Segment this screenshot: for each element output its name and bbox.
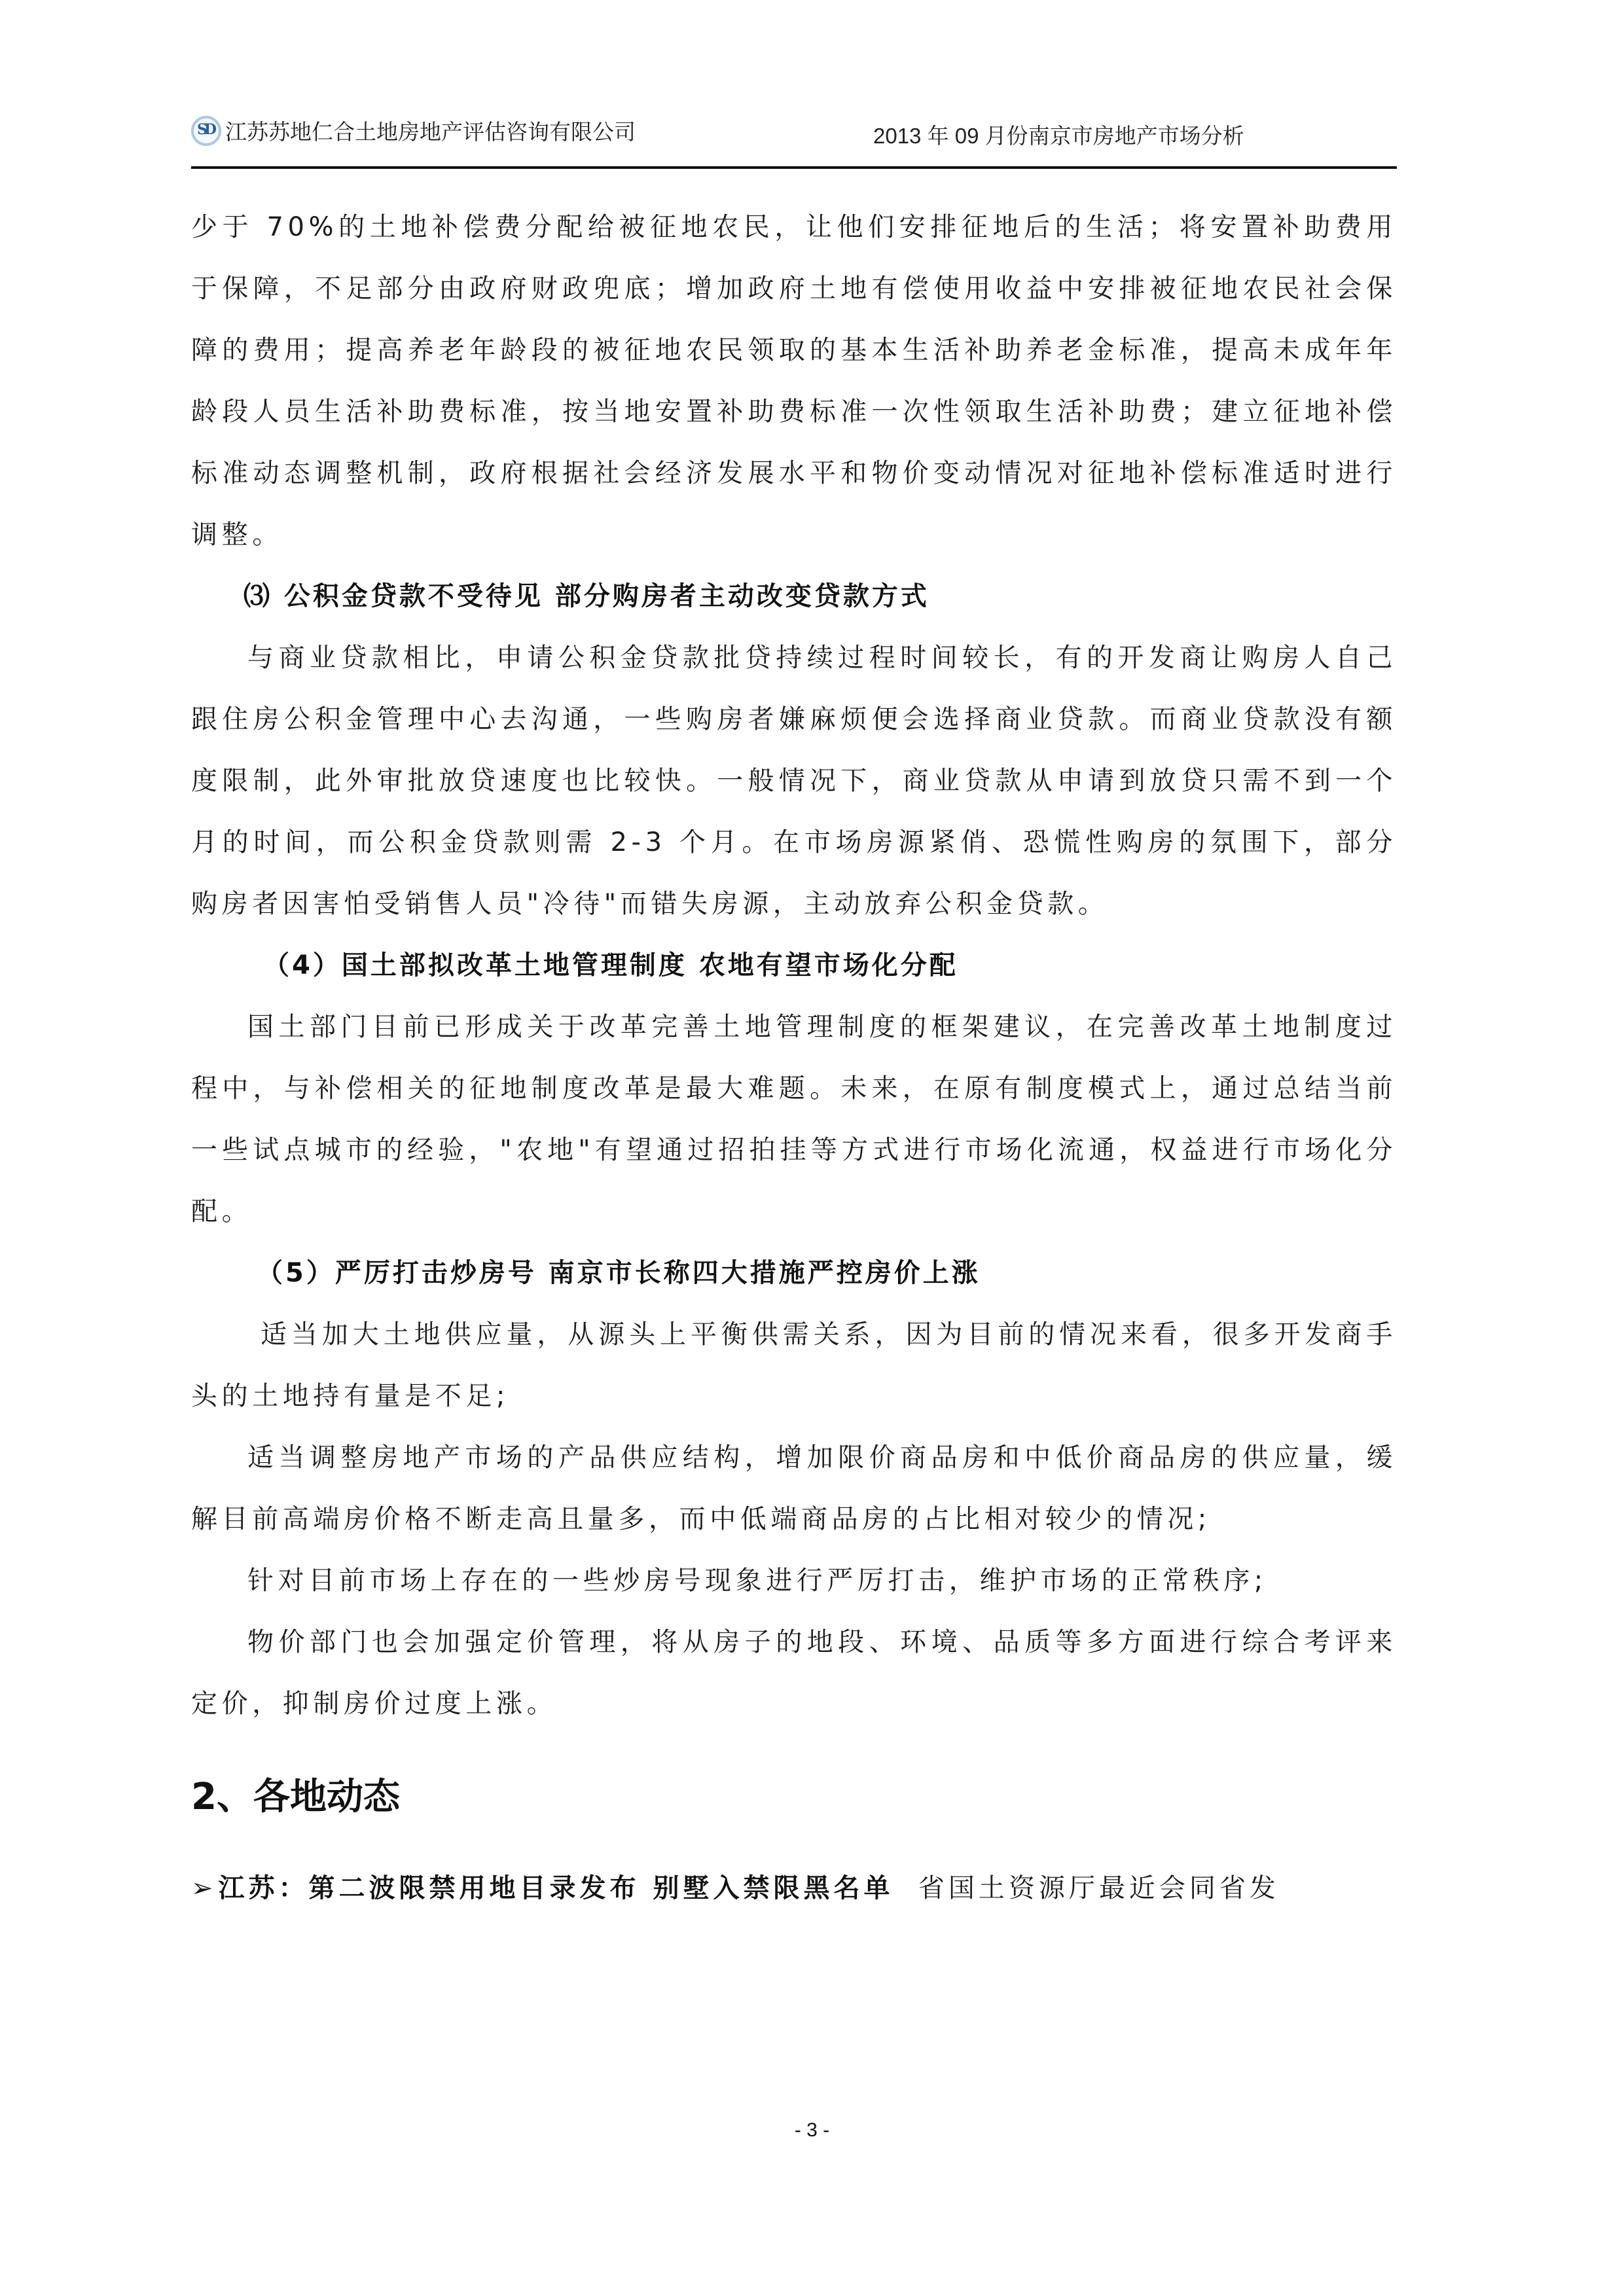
- paragraph-measure-1: 适当加大土地供应量，从源头上平衡供需关系，因为目前的情况来看，很多开发商手头的土…: [191, 1304, 1397, 1427]
- document-body: 少于 70%的土地补偿费分配给被征地农民，让他们安排征地后的生活；将安置补助费用…: [191, 196, 1397, 1919]
- paragraph-compensation: 少于 70%的土地补偿费分配给被征地农民，让他们安排征地后的生活；将安置补助费用…: [191, 196, 1397, 565]
- page-header: SD 江苏苏地仁合土地房地产评估咨询有限公司 2013 年 09 月份南京市房地…: [191, 111, 1397, 157]
- news-headline: 江苏：第二波限禁用地目录发布 别墅入禁限黑名单: [219, 1873, 894, 1903]
- subheading-3: ⑶ 公积金贷款不受待见 部分购房者主动改变贷款方式: [191, 565, 1397, 627]
- news-text: 省国土资源厅最近会同省发: [918, 1873, 1280, 1903]
- report-title: 2013 年 09 月份南京市房地产市场分析: [873, 119, 1244, 150]
- company-logo-icon: SD: [191, 116, 221, 146]
- bullet-arrow-icon: ➢: [191, 1873, 217, 1903]
- subheading-5: （5）严厉打击炒房号 南京市长称四大措施严控房价上涨: [191, 1242, 1397, 1304]
- paragraph-provident-fund: 与商业贷款相比，申请公积金贷款批贷持续过程时间较长，有的开发商让购房人自己跟住房…: [191, 627, 1397, 935]
- page-number: - 3 -: [0, 2119, 1624, 2142]
- logo-text: SD: [197, 121, 213, 138]
- company-name: 江苏苏地仁合土地房地产评估咨询有限公司: [225, 115, 636, 146]
- paragraph-measure-2: 适当调整房地产市场的产品供应结构，增加限价商品房和中低价商品房的供应量，缓解目前…: [191, 1427, 1397, 1550]
- header-company-block: SD 江苏苏地仁合土地房地产评估咨询有限公司: [191, 115, 636, 146]
- subheading-4: （4）国土部拟改革土地管理制度 农地有望市场化分配: [191, 935, 1397, 996]
- news-item-jiangsu: ➢江苏：第二波限禁用地目录发布 别墅入禁限黑名单 省国土资源厅最近会同省发: [191, 1857, 1397, 1919]
- paragraph-land-reform: 国土部门目前已形成关于改革完善土地管理制度的框架建议，在完善改革土地制度过程中，…: [191, 996, 1397, 1242]
- section-heading-regional: 2、各地动态: [191, 1751, 1397, 1843]
- paragraph-measure-4: 物价部门也会加强定价管理，将从房子的地段、环境、品质等多方面进行综合考评来定价，…: [191, 1611, 1397, 1734]
- header-divider: [191, 166, 1397, 169]
- paragraph-measure-3: 针对目前市场上存在的一些炒房号现象进行严厉打击，维护市场的正常秩序;: [191, 1550, 1397, 1611]
